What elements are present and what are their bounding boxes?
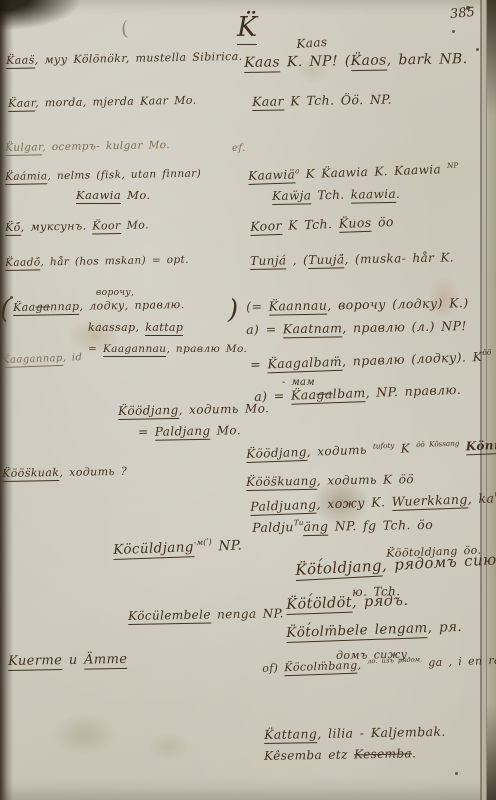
entry-line: K̈öt́oldjang, рядомъ сию- [295, 551, 496, 578]
entry-text: , лодку, правлю. [79, 298, 184, 313]
entry-text: Tch. [311, 188, 351, 203]
headword: K̈öös̈kuang [246, 474, 317, 491]
entry-line: K̈aagannap, id [2, 353, 82, 367]
headword: nnap [50, 300, 80, 316]
headword: K̈ö́ [5, 221, 21, 236]
entry-line: Kaẅja Tch. kaawia. [272, 188, 400, 203]
entry-text: öö [482, 348, 491, 357]
entry-text: K Tch. Öö. NP. [284, 92, 392, 109]
entry-line: K̈aámia, nelms (fisk, utan finnar) [5, 169, 201, 184]
headword: K̈öt́öldöt [286, 595, 352, 615]
entry-line: Kaawiäa K K̈aawia K. Kaawia NP [248, 163, 459, 183]
entry-text: öo [371, 214, 394, 230]
entry-line: K̈öt́olm̈bele lengam, ря. [286, 620, 462, 641]
headword: Kaatnam [283, 320, 343, 338]
entry-line: Köcüldjang-м(ʹ) NP. [113, 538, 242, 557]
entry-text: = [138, 425, 155, 439]
entry-text: , ходить K öö [317, 472, 414, 488]
headword: K̈öödjang [246, 445, 307, 463]
entry-line: K̈öödjang, ходить tufoty K öö Kössang Kö… [246, 436, 496, 461]
entry-text: = [88, 343, 103, 355]
entry-line: kaassap, kattap [88, 322, 183, 334]
ink-speck [476, 48, 479, 51]
headword: Köcülembele [128, 608, 211, 625]
entry-text: , morda, mjerda Kaar Mo. [35, 94, 197, 110]
entry-text: , lilia - Kaljembak. [317, 724, 446, 741]
entry-text: , NP. правлю. [365, 382, 461, 400]
headword: K̈aa [13, 301, 36, 316]
entry-text: , муу Kölönökr, mustella Sibirica. [35, 50, 243, 67]
entry-text: . [396, 187, 400, 201]
binding-edge-left [0, 0, 13, 800]
entry-text: -м(ʹ) [193, 536, 211, 547]
entry-text: , осетръ- kulgar Mo. [42, 139, 170, 153]
headword: K̈aa [291, 387, 317, 405]
entry-line: Köcülembele nenga NP. [128, 607, 284, 623]
entry-line: K̈öödjang, ходить Mo. [118, 402, 269, 418]
entry-text: и [62, 653, 84, 668]
headword: K̈öödjang [118, 403, 179, 420]
entry-line: PaldjuTuäng NP. fg Tch. öo [252, 518, 433, 535]
entry-text: , правлю Mo. [166, 343, 247, 355]
entry-text: ло. изъ рядом. [367, 655, 422, 665]
entry-text: ворочу, [96, 288, 134, 298]
entry-text: ga , i en rad [422, 653, 496, 669]
entry-text: , id [63, 352, 83, 364]
headword: lbam [332, 385, 365, 403]
entry-line: Kaar K Tch. Öö. NP. [252, 93, 392, 109]
paper-stain [52, 714, 116, 756]
entry-line: K̈aadö́, hår (hos mskan) = opt. [5, 255, 189, 270]
entry-text: ( [0, 295, 11, 325]
entry-text: , правлю (лодку). K [342, 349, 483, 369]
headword: Köcüldjang [113, 539, 194, 560]
entry-text: Mo. [121, 188, 150, 202]
entry-line: ef. [232, 144, 246, 155]
entry-text: , ( [286, 253, 308, 267]
entry-text: , nelms (fisk, utan finnar) [47, 168, 201, 183]
entry-text: , ka [467, 490, 494, 506]
headword: Könnjang [466, 437, 496, 455]
entry-text: nenga NP. [211, 606, 284, 621]
entry-text: (= [246, 299, 269, 314]
entry-text: , правлю (л.) NP! [342, 318, 467, 335]
headword: Paldjuang [250, 497, 317, 516]
entry-line: Tunjá , (Tuujä́, (muska- hår K. [250, 251, 454, 268]
entry-line: = K̈aagalbam̈, правлю (лодку). Köö Tch. [250, 349, 496, 372]
entry-text: tufoty [373, 440, 395, 450]
entry-text: , (muska- hår K. [344, 250, 454, 266]
headword: kaawia [351, 187, 397, 204]
section-letter: K̈ [237, 12, 257, 43]
entry-line: ворочу, [96, 289, 134, 299]
entry-line: Paldjuang, хожу K. Wuerkkang, kand [250, 491, 496, 513]
entry-text: Kesemba [354, 746, 412, 761]
headword: K̈öös̈kuak [2, 466, 60, 482]
entry-line: K̈aagannap, лодку, правлю. [13, 299, 185, 314]
headword: K̈aannau [269, 298, 328, 316]
entry-text: K Tch. [282, 216, 339, 233]
right-page-margin [481, 0, 496, 800]
entry-text: , хожу K. [316, 494, 392, 512]
entry-line: K̈aas̈, муу Kölönökr, mustella Sibirica. [6, 51, 243, 67]
headword: K̈oor [92, 219, 121, 234]
headword: K̈uos [338, 215, 372, 233]
headword: Kuerme [8, 653, 62, 671]
entry-text: = [250, 356, 268, 372]
headword: K̈öcolm̈bang [284, 659, 358, 677]
page-corner-shadow-top-right [487, 0, 496, 115]
entry-text: . [412, 746, 416, 760]
page-edge-line [480, 0, 482, 800]
headword: äng [303, 519, 328, 536]
entry-line: K̈öös̈kuang, ходить K öö [246, 473, 414, 489]
entry-text: K. NP! ( [280, 53, 351, 70]
entry-line: Kêsemba etz Kesemba. [264, 747, 416, 763]
entry-text: , ходить Mo. [179, 401, 270, 417]
page-corner-shadow-bottom-right [487, 705, 496, 800]
entry-line: Kaawia Mo. [76, 189, 151, 201]
entry-line: ) [228, 296, 239, 324]
entry-line: a) = Kaatnam, правлю (л.) NP! [246, 319, 467, 336]
entry-text: Mo. [210, 423, 241, 438]
headword: Koor [250, 218, 282, 236]
headword: Wuerkkang [391, 491, 468, 511]
entry-text: , ходить [307, 443, 374, 459]
entry-text: K K̈aawia K. Kaawia [299, 162, 447, 181]
entry-text: Tch. [491, 352, 496, 363]
manuscript-page: ( 385 K̈ K̈aas̈, муу Kölönökr, mustella … [0, 0, 496, 800]
entry-text: kaassap, [88, 321, 145, 334]
entry-text: NP [447, 160, 458, 169]
pencil-mark: ( [118, 17, 131, 40]
entry-text: , муксунъ. [21, 219, 93, 233]
section-letter-text: K̈ [237, 12, 257, 45]
headword: K̈aas̈ [6, 54, 35, 69]
entry-line: Kuerme и Ämme [8, 653, 128, 669]
headword: K̈aadö́ [5, 256, 41, 271]
headword: kattap [145, 321, 183, 336]
headword: Kaas [244, 54, 280, 73]
entry-text: ) [228, 295, 239, 325]
entry-text: of) [262, 661, 285, 675]
entry-line: Koor K Tch. K̈uos öo [250, 215, 394, 234]
entry-line: = Kaagannau, правлю Mo. [88, 344, 247, 355]
entry-text: NP. [212, 537, 243, 554]
headword: K̈aámia [5, 170, 48, 185]
page-edge-line [486, 0, 487, 800]
entry-text: a) = [246, 321, 283, 337]
page-number: 385 [449, 5, 475, 22]
headword: K̈aagannap [2, 353, 63, 368]
entry-line: Kaas [296, 36, 328, 51]
entry-line: K̈ulgar, осетръ- kulgar Mo. [5, 140, 170, 154]
paper-stain [148, 732, 190, 762]
headword: Ämme [84, 652, 128, 670]
entry-text: , hår (hos mskan) = opt. [40, 254, 189, 269]
entry-text: a [295, 166, 300, 175]
entry-text: , ходить ? [59, 465, 127, 479]
entry-line: K̈öt́öldöt, рядъ. [286, 594, 409, 614]
entry-line: K̈attang, lilia - Kaljembak. [264, 725, 446, 742]
headword: Tunjá [250, 253, 287, 270]
ink-speck [452, 30, 455, 33]
headword: K̈öt́oldjang [295, 556, 382, 581]
entry-text: Tu [294, 518, 304, 527]
entry-line: Kaas K. NP! (K̈aos, bark NB. [244, 52, 468, 71]
entry-line: of) K̈öcolm̈bang, ло. изъ рядом. ga , i … [262, 654, 496, 674]
headword: K̈aar [8, 97, 35, 112]
entry-text: , ворочу (лодку) K.) [327, 295, 469, 312]
headword: ga [36, 300, 51, 315]
headword: Kaẅja [272, 188, 312, 205]
headword: ga [316, 386, 333, 404]
headword: Kaawia [76, 188, 121, 204]
entry-text: NP. fg Tch. öo [328, 517, 433, 534]
entry-text: , ря. [427, 619, 462, 636]
headword: K̈ulgar [5, 141, 42, 156]
headword: Tuujä́ [308, 252, 345, 269]
entry-line: K̈aar, morda, mjerda Kaar Mo. [8, 95, 197, 110]
headword: K̈attang [264, 726, 317, 744]
headword: Paldjang [155, 424, 211, 441]
headword: Kaawiä [248, 167, 295, 185]
entry-text: öö Kössang [416, 438, 460, 449]
page-corner-shadow-top-left [0, 0, 80, 30]
entry-text: Mo. [121, 218, 150, 231]
headword: Kaar [252, 93, 284, 111]
entry-line: K̈öös̈kuak, ходить ? [2, 466, 127, 480]
entry-line: = Paldjang Mo. [138, 424, 241, 439]
headword: K̈aos [351, 53, 387, 72]
entry-text: ef. [232, 143, 246, 154]
entry-line: K̈ö́, муксунъ. K̈oor Mo. [5, 219, 149, 233]
entry-line: ( [0, 296, 11, 324]
entry-text: , bark NB. [387, 51, 468, 68]
entry-text: Paldju [252, 519, 294, 535]
entry-text: Kêsemba etz [264, 747, 354, 763]
entry-text: Kaas [296, 35, 328, 51]
entry-text: K [394, 441, 416, 456]
entry-text: , рядъ. [352, 593, 409, 611]
ink-speck [455, 772, 458, 775]
headword: K̈öt́olm̈bele lengam [286, 620, 428, 643]
headword: Kaagannau [103, 343, 167, 357]
headword: K̈aagalbam̈ [267, 354, 342, 374]
